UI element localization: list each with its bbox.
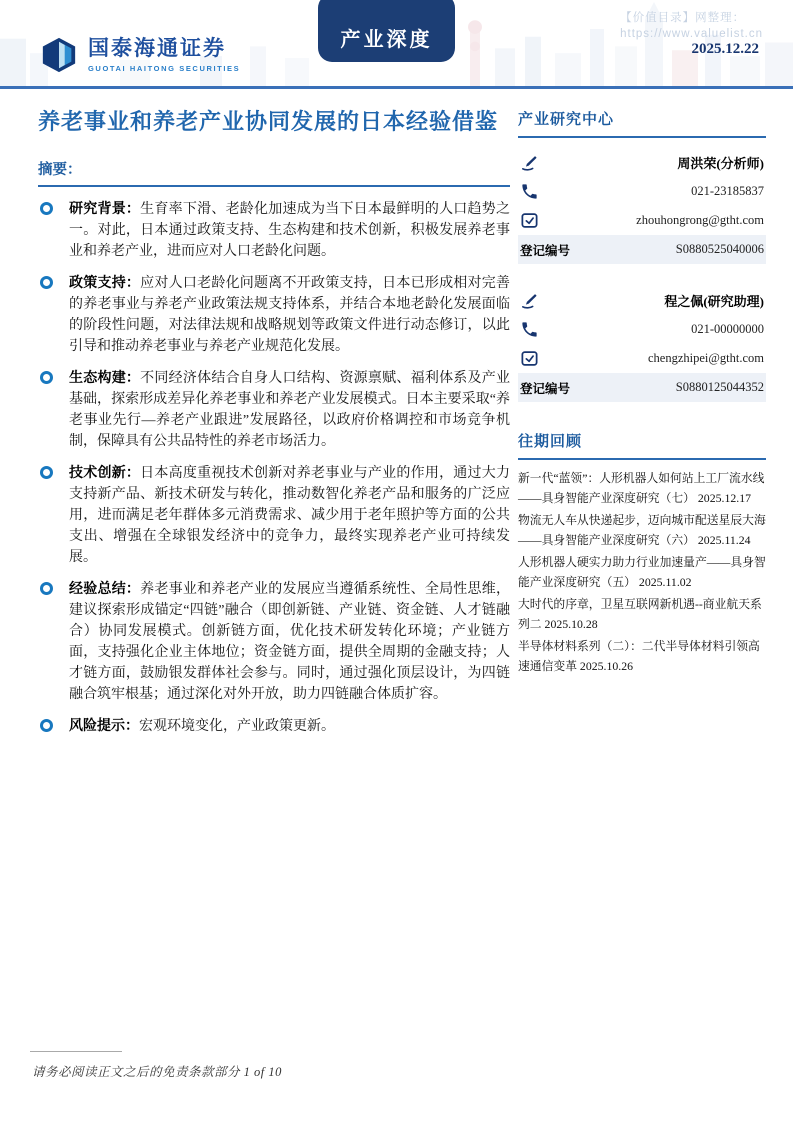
- page-header: 国泰海通证券 GUOTAI HAITONG SECURITIES 产业深度 【价…: [0, 0, 793, 89]
- company-name-en: GUOTAI HAITONG SECURITIES: [88, 64, 240, 73]
- abstract-heading: 摘要：: [38, 158, 510, 179]
- registration-number: S0880125044352: [676, 380, 764, 395]
- watermark-source: 【价值目录】网整理：: [620, 10, 763, 26]
- analyst-email[interactable]: chengzhipei@gtht.com: [648, 351, 764, 366]
- email-icon: [520, 211, 539, 230]
- analyst-phone-row: 021-00000000: [518, 315, 766, 344]
- analyst-name-row: 程之佩(研究助理): [518, 286, 766, 315]
- report-page: 国泰海通证券 GUOTAI HAITONG SECURITIES 产业深度 【价…: [0, 0, 793, 1122]
- bullet-risk-warning: 风险提示：宏观环境变化，产业政策更新。: [38, 716, 510, 737]
- analyst-name: 程之佩(研究助理): [664, 291, 764, 310]
- pen-icon: [520, 153, 539, 172]
- company-name: 国泰海通证券 GUOTAI HAITONG SECURITIES: [88, 37, 240, 72]
- watermark: 【价值目录】网整理： https://www.valuelist.cn: [620, 10, 763, 42]
- bullet-ring-icon: [40, 276, 53, 289]
- bullet-ring-icon: [40, 466, 53, 479]
- past-report-item[interactable]: 大时代的序章，卫星互联网新机遇--商业航天系列二 2025.10.28: [518, 594, 766, 634]
- past-report-item[interactable]: 物流无人车从快递起步，迈向城市配送星辰大海——具身智能产业深度研究（六） 202…: [518, 510, 766, 550]
- phone-icon: [520, 182, 539, 201]
- abstract-bullet-list: 研究背景：生育率下滑、老龄化加速成为当下日本最鲜明的人口趋势之一。对此，日本通过…: [38, 199, 510, 737]
- bullet-label: 经验总结：: [69, 582, 140, 597]
- past-reports-list: 新一代“蓝领”：人形机器人如何站上工厂流水线——具身智能产业深度研究（七） 20…: [518, 468, 766, 676]
- bullet-research-background: 研究背景：生育率下滑、老龄化加速成为当下日本最鲜明的人口趋势之一。对此，日本通过…: [38, 199, 510, 262]
- company-name-cn: 国泰海通证券: [88, 37, 240, 60]
- analyst-card: 周洪荣(分析师) 021-23185837 zhouhongrong@gtht.…: [518, 148, 766, 264]
- phone-icon: [520, 320, 539, 339]
- analyst-phone: 021-23185837: [691, 184, 764, 199]
- email-icon: [520, 349, 539, 368]
- bullet-text: 宏观环境变化，产业政策更新。: [139, 719, 335, 734]
- registration-row: 登记编号 S0880525040006: [518, 235, 766, 264]
- bullet-policy-support: 政策支持：应对人口老龄化问题离不开政策支持，日本已形成相对完善的养老事业与养老产…: [38, 273, 510, 357]
- analyst-email-row: zhouhongrong@gtht.com: [518, 206, 766, 235]
- report-date: 2025.12.22: [692, 41, 760, 58]
- registration-row: 登记编号 S0880125044352: [518, 373, 766, 402]
- page-title: 养老事业和养老产业协同发展的日本经验借鉴: [38, 108, 510, 136]
- analyst-email[interactable]: zhouhongrong@gtht.com: [636, 213, 764, 228]
- bullet-text: 养老事业和养老产业的发展应当遵循系统性、全局性思维，建议探索形成锚定“四链”融合…: [69, 582, 510, 702]
- analyst-name: 周洪荣(分析师): [677, 153, 764, 172]
- abstract-column: 养老事业和养老产业协同发展的日本经验借鉴 摘要： 研究背景：生育率下滑、老龄化加…: [38, 108, 510, 748]
- registration-label: 登记编号: [520, 241, 570, 259]
- bullet-ring-icon: [40, 719, 53, 732]
- footer-divider: [30, 1051, 122, 1052]
- report-type-badge: 产业深度: [318, 0, 455, 62]
- report-type-label: 产业深度: [341, 23, 433, 52]
- company-logo: 国泰海通证券 GUOTAI HAITONG SECURITIES: [40, 36, 240, 74]
- sidebar: 产业研究中心 周洪荣(分析师) 021-23185837: [518, 108, 766, 678]
- bullet-tech-innovation: 技术创新：日本高度重视技术创新对养老事业与产业的作用，通过大力支持新产品、新技术…: [38, 463, 510, 568]
- past-report-item[interactable]: 半导体材料系列（二）：二代半导体材料引领高速通信变革 2025.10.26: [518, 636, 766, 676]
- footer-disclaimer: 请务必阅读正文之后的免责条款部分 1 of 10: [32, 1062, 282, 1080]
- past-report-item[interactable]: 新一代“蓝领”：人形机器人如何站上工厂流水线——具身智能产业深度研究（七） 20…: [518, 468, 766, 508]
- bullet-label: 风险提示：: [69, 719, 139, 734]
- analyst-card: 程之佩(研究助理) 021-00000000 chengzhipei@gtht.…: [518, 286, 766, 402]
- analyst-phone-row: 021-23185837: [518, 177, 766, 206]
- abstract-divider: [38, 185, 510, 187]
- research-center-heading: 产业研究中心: [518, 108, 766, 138]
- bullet-experience-summary: 经验总结：养老事业和养老产业的发展应当遵循系统性、全局性思维，建议探索形成锚定“…: [38, 579, 510, 705]
- analyst-name-row: 周洪荣(分析师): [518, 148, 766, 177]
- bullet-ecosystem: 生态构建：不同经济体结合自身人口结构、资源禀赋、福利体系及产业基础，探索形成差异…: [38, 368, 510, 452]
- bullet-ring-icon: [40, 582, 53, 595]
- bullet-ring-icon: [40, 371, 53, 384]
- bullet-label: 生态构建：: [69, 371, 140, 386]
- past-report-item[interactable]: 人形机器人硬实力助力行业加速量产——具身智能产业深度研究（五） 2025.11.…: [518, 552, 766, 592]
- registration-number: S0880525040006: [676, 242, 764, 257]
- bullet-ring-icon: [40, 202, 53, 215]
- bullet-label: 技术创新：: [69, 466, 140, 481]
- bullet-label: 政策支持：: [69, 276, 140, 291]
- past-reports-section: 往期回顾 新一代“蓝领”：人形机器人如何站上工厂流水线——具身智能产业深度研究（…: [518, 430, 766, 676]
- bullet-label: 研究背景：: [69, 202, 140, 217]
- pen-icon: [520, 291, 539, 310]
- analyst-phone: 021-00000000: [691, 322, 764, 337]
- analyst-email-row: chengzhipei@gtht.com: [518, 344, 766, 373]
- past-reports-heading: 往期回顾: [518, 430, 766, 460]
- company-logo-icon: [40, 36, 78, 74]
- registration-label: 登记编号: [520, 379, 570, 397]
- watermark-url[interactable]: https://www.valuelist.cn: [620, 26, 763, 42]
